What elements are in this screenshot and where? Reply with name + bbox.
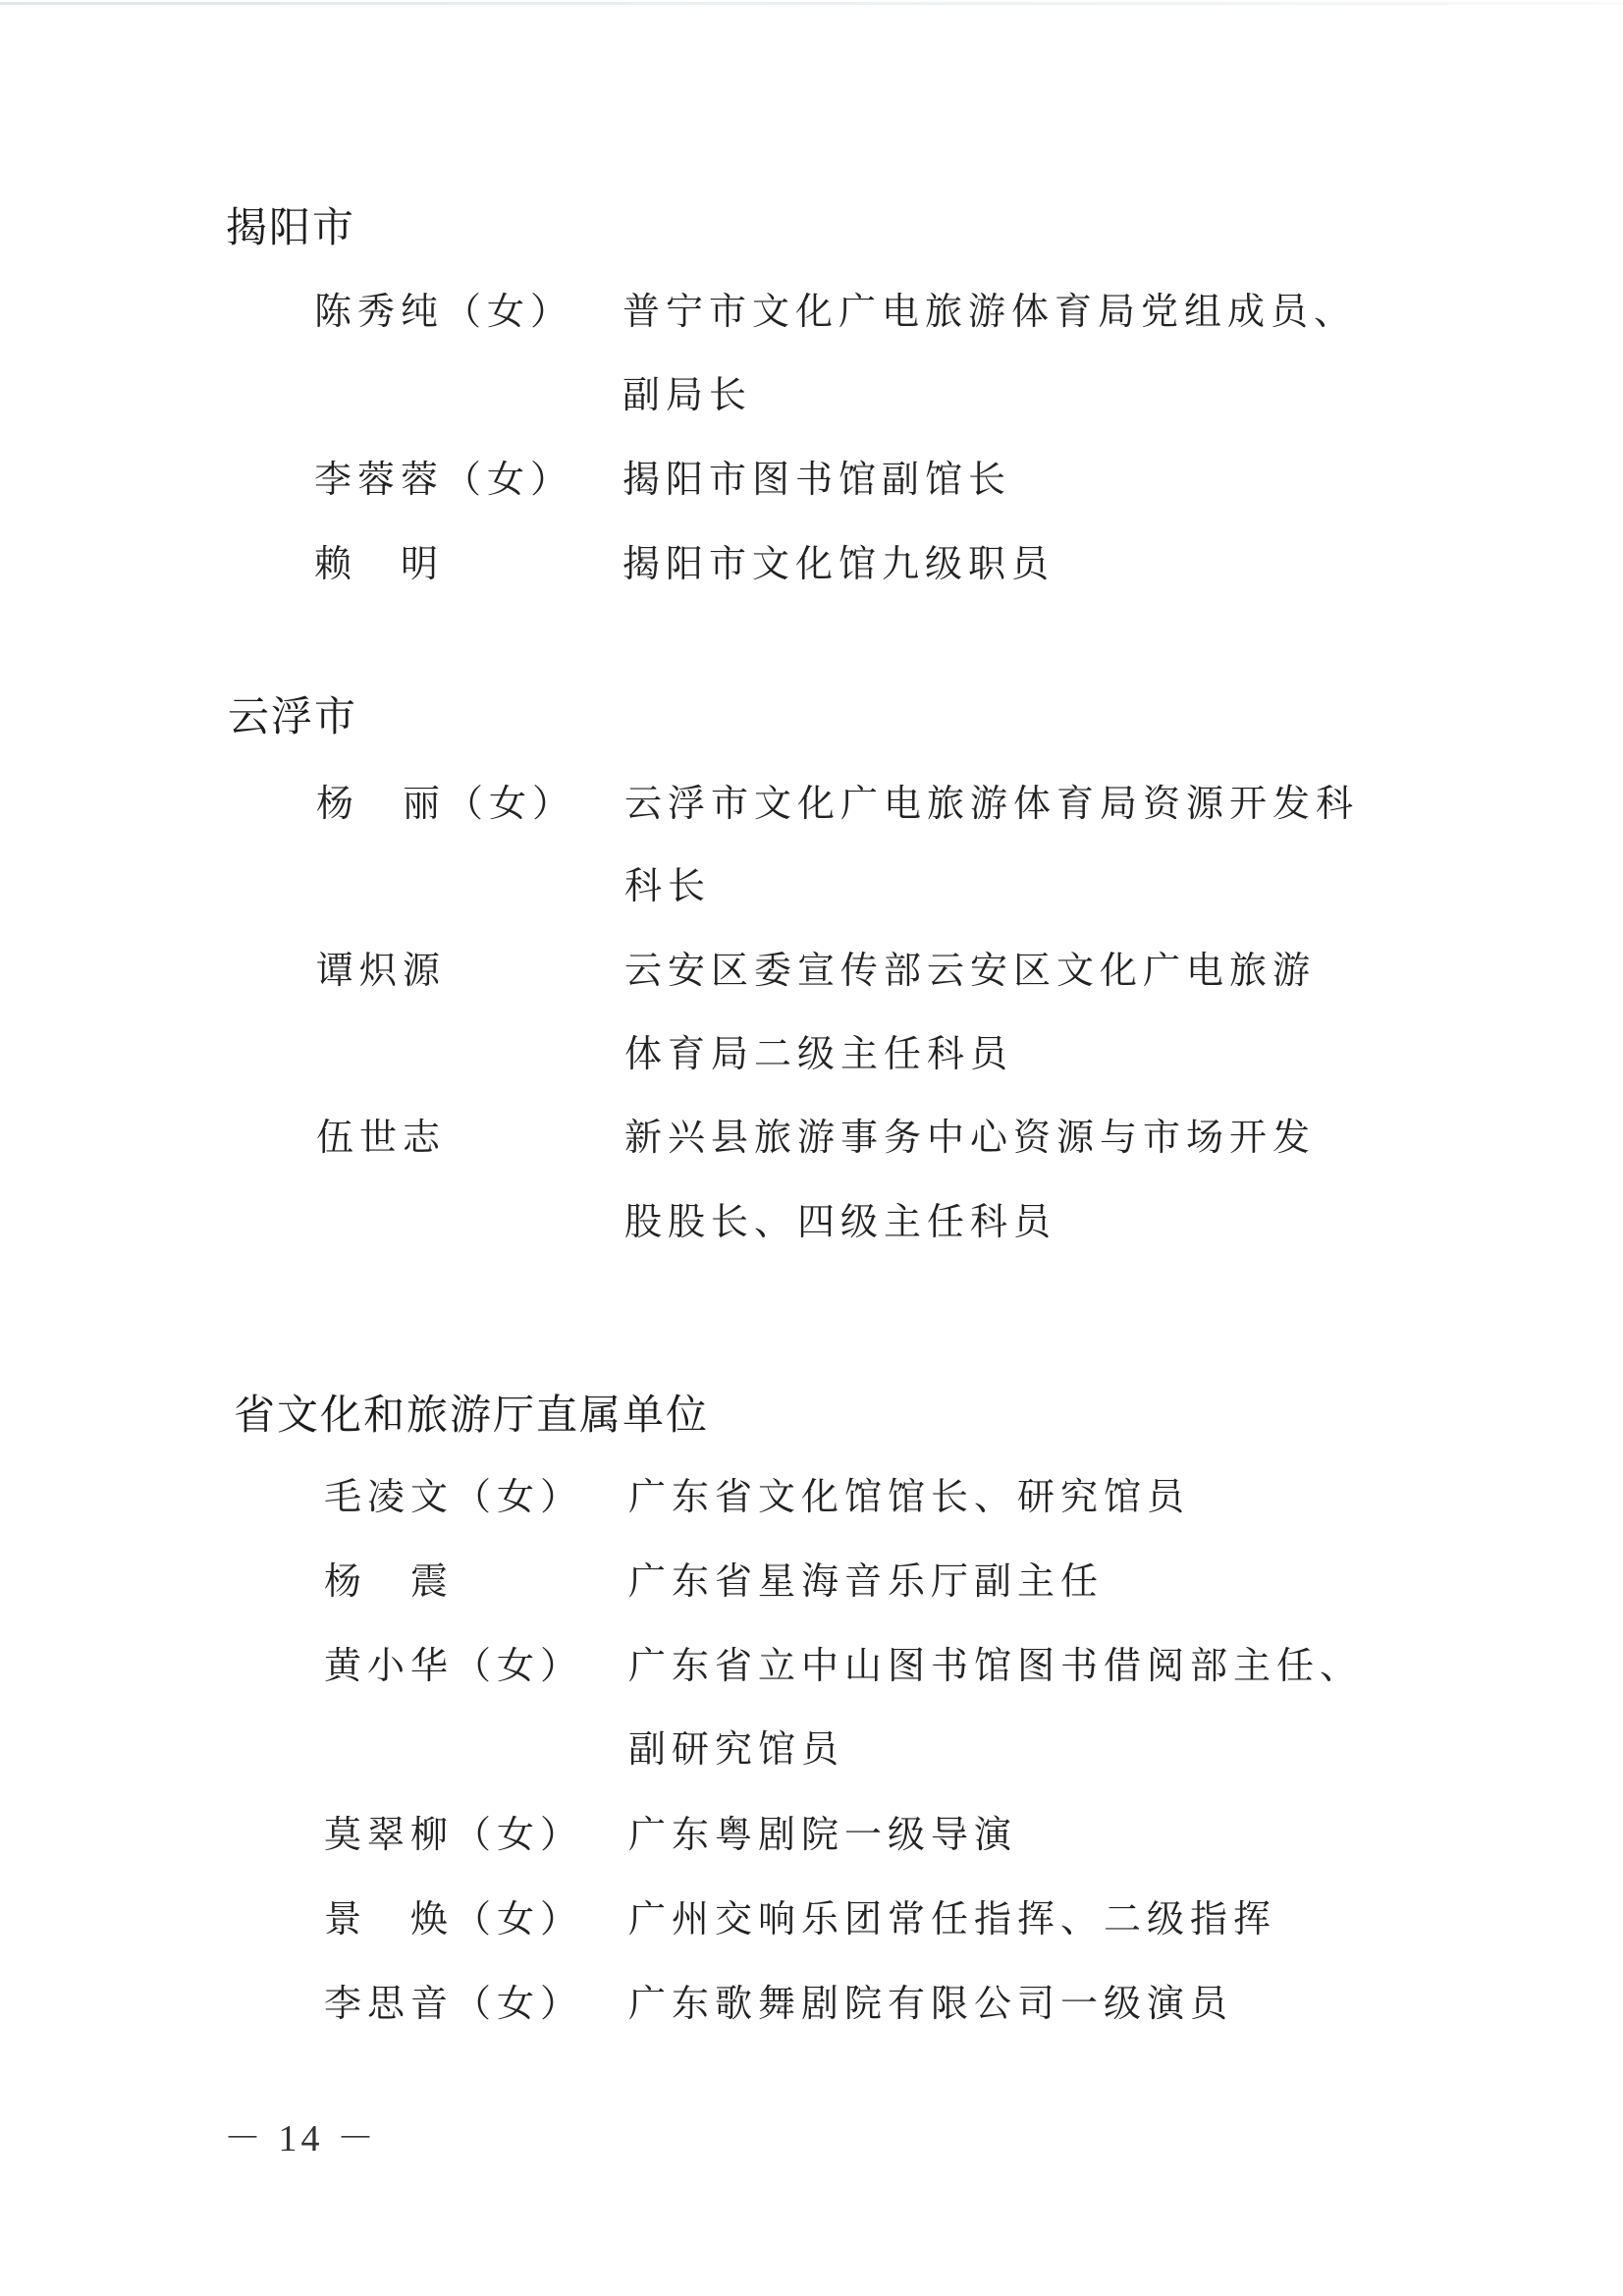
entry-title: 普宁市文化广电旅游体育局党组成员、 (622, 289, 1357, 334)
entry-title-continued: 副研究馆员 (628, 1726, 844, 1772)
entry-title: 揭阳市文化馆九级职员 (622, 541, 1055, 586)
entry-title-continued: 股股长、四级主任科员 (624, 1199, 1056, 1244)
section-heading-jieyang: 揭阳市 (226, 204, 355, 251)
entry-name: 杨 丽（女） (316, 781, 575, 826)
section-heading-yunfu: 云浮市 (228, 693, 357, 740)
entry-title: 广东省立中山图书馆图书借阅部主任、 (628, 1643, 1363, 1688)
entry-title: 云浮市文化广电旅游体育局资源开发科 (624, 781, 1359, 826)
entry-title-continued: 科长 (624, 863, 711, 908)
entry-name: 李蓉蓉（女） (314, 457, 573, 502)
entry-name: 黄小华（女） (324, 1643, 583, 1688)
entry-title: 广东歌舞剧院有限公司一级演员 (628, 1981, 1233, 2026)
entry-name: 伍世志 (316, 1115, 446, 1160)
entry-name: 杨 震 (324, 1558, 454, 1604)
entry-title: 揭阳市图书馆副馆长 (622, 457, 1011, 502)
entry-title: 广东省星海音乐厅副主任 (628, 1558, 1104, 1604)
entry-title-continued: 副局长 (622, 372, 752, 417)
entry-title: 新兴县旅游事务中心资源与市场开发 (624, 1115, 1316, 1160)
section-heading-provincial-units: 省文化和旅游厅直属单位 (234, 1392, 709, 1439)
entry-name: 景 焕（女） (324, 1896, 583, 1941)
entry-title: 广州交响乐团常任指挥、二级指挥 (628, 1896, 1276, 1941)
entry-name: 陈秀纯（女） (314, 289, 573, 334)
scan-edge-line (0, 2, 1623, 5)
entry-name: 莫翠柳（女） (324, 1812, 583, 1857)
entry-name: 谭炽源 (316, 948, 446, 993)
entry-name: 李思音（女） (324, 1981, 583, 2026)
entry-name: 毛凌文（女） (324, 1474, 583, 1519)
page-number: － 14 － (224, 2116, 378, 2161)
entry-title-continued: 体育局二级主任科员 (624, 1031, 1013, 1076)
entry-title: 广东省文化馆馆长、研究馆员 (628, 1474, 1190, 1519)
entry-title: 广东粤剧院一级导演 (628, 1812, 1017, 1857)
entry-title: 云安区委宣传部云安区文化广电旅游 (624, 948, 1316, 993)
entry-name: 赖 明 (314, 541, 444, 586)
